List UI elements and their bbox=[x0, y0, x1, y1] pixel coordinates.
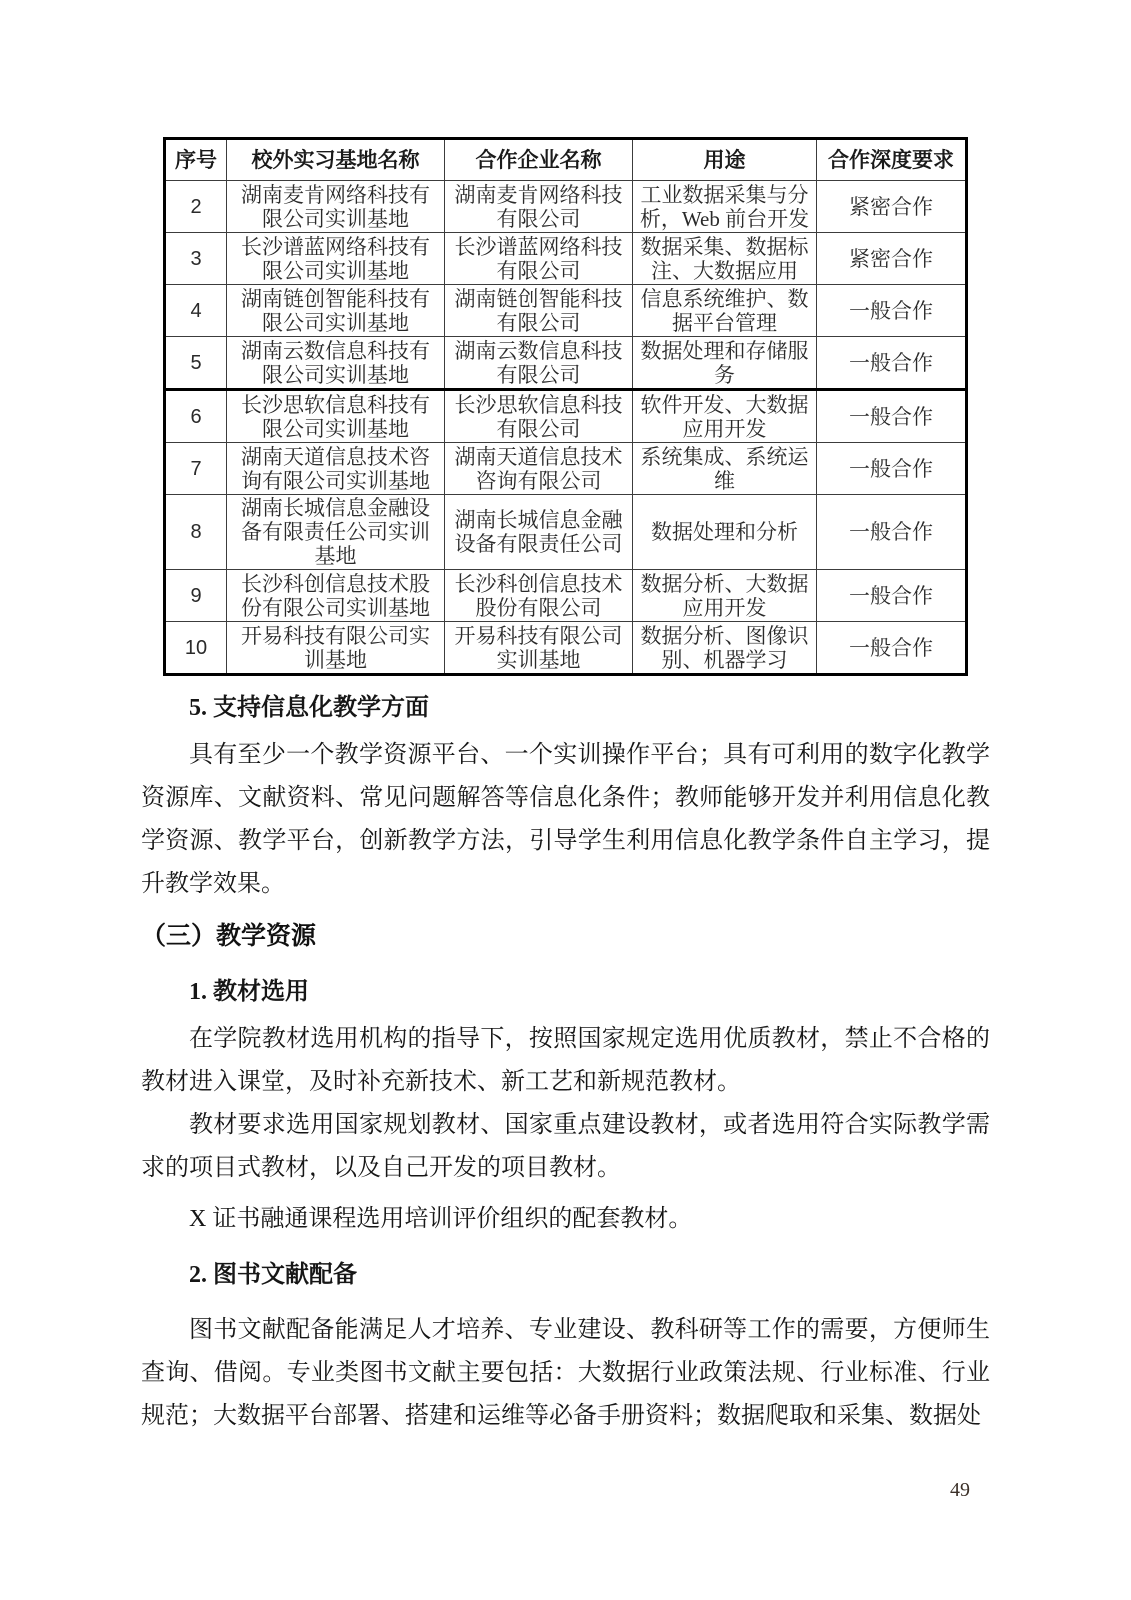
heading-info-teaching-support: 5. 支持信息化教学方面 bbox=[141, 690, 990, 726]
cell-seq: 3 bbox=[165, 233, 227, 285]
page-content: 序号 校外实习基地名称 合作企业名称 用途 合作深度要求 2 湖南麦肯网络科技有… bbox=[141, 137, 990, 1438]
table-row: 5 湖南云数信息科技有限公司实训基地 湖南云数信息科技有限公司 数据处理和存储服… bbox=[165, 337, 967, 390]
cell-base-name: 长沙思软信息科技有限公司实训基地 bbox=[227, 390, 445, 443]
cell-purpose: 软件开发、大数据应用开发 bbox=[633, 390, 817, 443]
table-row: 6 长沙思软信息科技有限公司实训基地 长沙思软信息科技有限公司 软件开发、大数据… bbox=[165, 390, 967, 443]
cell-cooperation: 紧密合作 bbox=[817, 233, 967, 285]
cell-seq: 6 bbox=[165, 390, 227, 443]
cell-seq: 5 bbox=[165, 337, 227, 390]
cell-cooperation: 一般合作 bbox=[817, 443, 967, 495]
paragraph-library-literature: 图书文献配备能满足人才培养、专业建设、教科研等工作的需要，方便师生查询、借阅。专… bbox=[141, 1309, 990, 1438]
table-row: 3 长沙谱蓝网络科技有限公司实训基地 长沙谱蓝网络科技有限公司 数据采集、数据标… bbox=[165, 233, 967, 285]
col-header-purpose: 用途 bbox=[633, 139, 817, 181]
document-page: 序号 校外实习基地名称 合作企业名称 用途 合作深度要求 2 湖南麦肯网络科技有… bbox=[0, 0, 1131, 1600]
cell-base-name: 湖南天道信息技术咨询有限公司实训基地 bbox=[227, 443, 445, 495]
table-header-row: 序号 校外实习基地名称 合作企业名称 用途 合作深度要求 bbox=[165, 139, 967, 181]
cell-purpose: 工业数据采集与分析，Web 前台开发 bbox=[633, 181, 817, 233]
table-row: 9 长沙科创信息技术股份有限公司实训基地 长沙科创信息技术股份有限公司 数据分析… bbox=[165, 570, 967, 622]
table-row: 8 湖南长城信息金融设备有限责任公司实训基地 湖南长城信息金融设备有限责任公司 … bbox=[165, 495, 967, 570]
table-row: 2 湖南麦肯网络科技有限公司实训基地 湖南麦肯网络科技有限公司 工业数据采集与分… bbox=[165, 181, 967, 233]
paragraph-textbook-selection-1: 在学院教材选用机构的指导下，按照国家规定选用优质教材，禁止不合格的教材进入课堂，… bbox=[141, 1018, 990, 1104]
cell-base-name: 长沙谱蓝网络科技有限公司实训基地 bbox=[227, 233, 445, 285]
cell-cooperation: 紧密合作 bbox=[817, 181, 967, 233]
cell-company: 湖南麦肯网络科技有限公司 bbox=[445, 181, 633, 233]
cell-cooperation: 一般合作 bbox=[817, 570, 967, 622]
cell-company: 湖南长城信息金融设备有限责任公司 bbox=[445, 495, 633, 570]
cell-purpose: 数据采集、数据标注、大数据应用 bbox=[633, 233, 817, 285]
cell-purpose: 信息系统维护、数据平台管理 bbox=[633, 285, 817, 337]
table-row: 4 湖南链创智能科技有限公司实训基地 湖南链创智能科技有限公司 信息系统维护、数… bbox=[165, 285, 967, 337]
cell-cooperation: 一般合作 bbox=[817, 390, 967, 443]
table-row: 10 开易科技有限公司实训基地 开易科技有限公司实训基地 数据分析、图像识别、机… bbox=[165, 622, 967, 675]
col-header-seq: 序号 bbox=[165, 139, 227, 181]
training-bases-table: 序号 校外实习基地名称 合作企业名称 用途 合作深度要求 2 湖南麦肯网络科技有… bbox=[163, 137, 968, 676]
cell-base-name: 开易科技有限公司实训基地 bbox=[227, 622, 445, 675]
cell-company: 长沙思软信息科技有限公司 bbox=[445, 390, 633, 443]
cell-seq: 9 bbox=[165, 570, 227, 622]
page-number: 49 bbox=[950, 1479, 970, 1502]
heading-section-teaching-resources: （三）教学资源 bbox=[141, 916, 990, 956]
cell-seq: 2 bbox=[165, 181, 227, 233]
paragraph-info-teaching: 具有至少一个教学资源平台、一个实训操作平台；具有可利用的数字化教学资源库、文献资… bbox=[141, 734, 990, 906]
cell-cooperation: 一般合作 bbox=[817, 495, 967, 570]
cell-base-name: 湖南长城信息金融设备有限责任公司实训基地 bbox=[227, 495, 445, 570]
cell-seq: 8 bbox=[165, 495, 227, 570]
cell-base-name: 长沙科创信息技术股份有限公司实训基地 bbox=[227, 570, 445, 622]
cell-base-name: 湖南链创智能科技有限公司实训基地 bbox=[227, 285, 445, 337]
cell-company: 湖南天道信息技术咨询有限公司 bbox=[445, 443, 633, 495]
cell-purpose: 数据处理和分析 bbox=[633, 495, 817, 570]
cell-base-name: 湖南云数信息科技有限公司实训基地 bbox=[227, 337, 445, 390]
heading-textbook-selection: 1. 教材选用 bbox=[141, 974, 990, 1010]
paragraph-x-certificate: X 证书融通课程选用培训评价组织的配套教材。 bbox=[141, 1198, 990, 1241]
cell-purpose: 数据处理和存储服务 bbox=[633, 337, 817, 390]
cell-seq: 10 bbox=[165, 622, 227, 675]
col-header-company: 合作企业名称 bbox=[445, 139, 633, 181]
cell-cooperation: 一般合作 bbox=[817, 337, 967, 390]
cell-company: 开易科技有限公司实训基地 bbox=[445, 622, 633, 675]
col-header-cooperation: 合作深度要求 bbox=[817, 139, 967, 181]
paragraph-textbook-selection-2: 教材要求选用国家规划教材、国家重点建设教材，或者选用符合实际教学需求的项目式教材… bbox=[141, 1104, 990, 1190]
cell-company: 湖南云数信息科技有限公司 bbox=[445, 337, 633, 390]
cell-purpose: 数据分析、图像识别、机器学习 bbox=[633, 622, 817, 675]
col-header-base-name: 校外实习基地名称 bbox=[227, 139, 445, 181]
cell-seq: 7 bbox=[165, 443, 227, 495]
cell-cooperation: 一般合作 bbox=[817, 285, 967, 337]
cell-company: 长沙科创信息技术股份有限公司 bbox=[445, 570, 633, 622]
cell-purpose: 系统集成、系统运维 bbox=[633, 443, 817, 495]
cell-company: 湖南链创智能科技有限公司 bbox=[445, 285, 633, 337]
cell-cooperation: 一般合作 bbox=[817, 622, 967, 675]
cell-company: 长沙谱蓝网络科技有限公司 bbox=[445, 233, 633, 285]
cell-seq: 4 bbox=[165, 285, 227, 337]
table-row: 7 湖南天道信息技术咨询有限公司实训基地 湖南天道信息技术咨询有限公司 系统集成… bbox=[165, 443, 967, 495]
cell-base-name: 湖南麦肯网络科技有限公司实训基地 bbox=[227, 181, 445, 233]
heading-library-literature: 2. 图书文献配备 bbox=[141, 1257, 990, 1293]
cell-purpose: 数据分析、大数据应用开发 bbox=[633, 570, 817, 622]
